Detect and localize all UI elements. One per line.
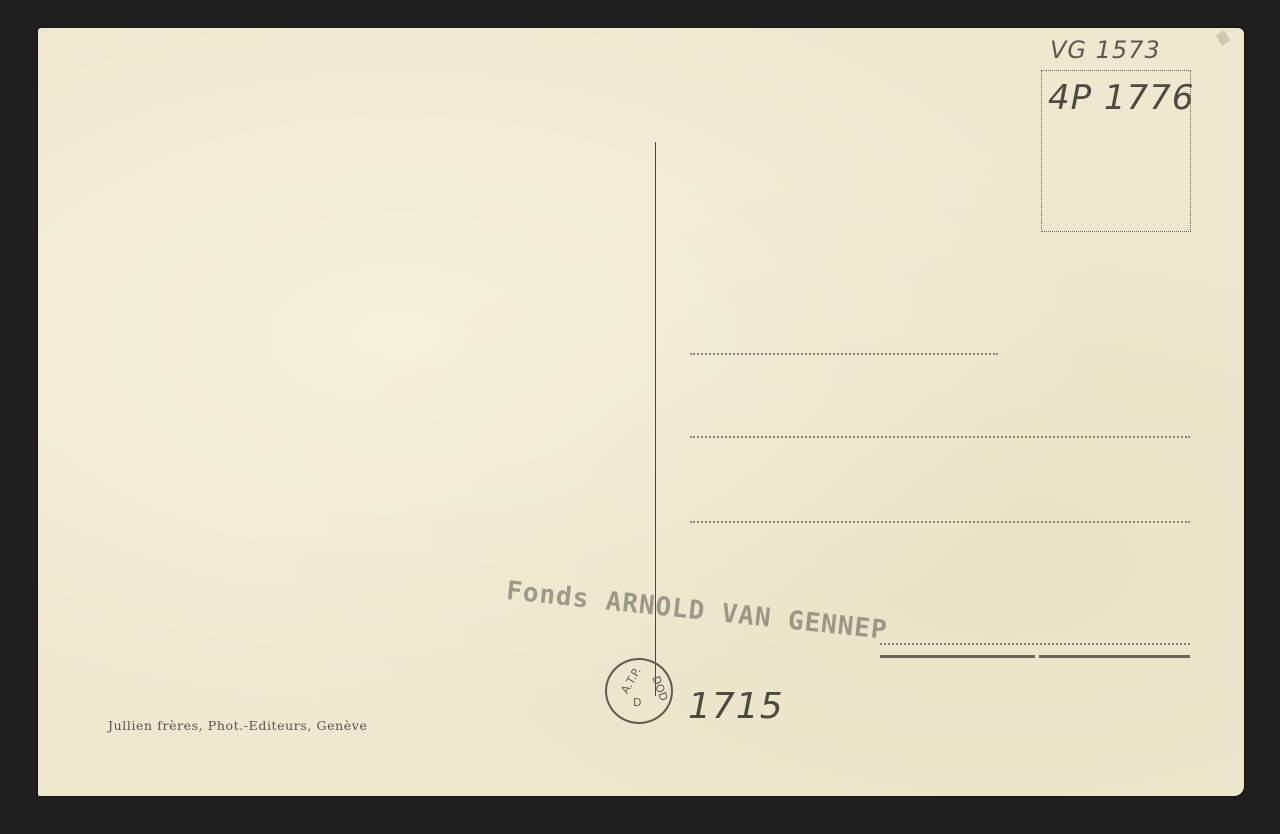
underline-left xyxy=(880,655,1035,658)
handwritten-reference-4p: 4P 1776 xyxy=(1048,78,1194,118)
corner-tab xyxy=(1216,30,1231,45)
handwritten-number: 1715 xyxy=(688,686,784,727)
circular-stamp-bottom: D xyxy=(633,696,641,709)
address-line-1 xyxy=(690,353,998,355)
underline-right xyxy=(1039,655,1190,658)
address-line-2 xyxy=(690,436,1190,438)
handwritten-reference-vg: VG 1573 xyxy=(1050,36,1161,64)
address-line-3 xyxy=(690,521,1190,523)
address-line-4 xyxy=(880,643,1190,645)
circular-stamp-side: DOD xyxy=(649,674,670,703)
postcard-back: VG 1573 4P 1776 Fonds ARNOLD VAN GENNEP … xyxy=(38,28,1244,796)
archive-rubber-stamp: Fonds ARNOLD VAN GENNEP xyxy=(505,576,889,646)
circular-collection-stamp: A.T.P. D DOD xyxy=(605,658,673,724)
publisher-imprint: Jullien frères, Phot.-Editeurs, Genève xyxy=(108,718,367,733)
circular-stamp-top: A.T.P. xyxy=(618,665,643,696)
